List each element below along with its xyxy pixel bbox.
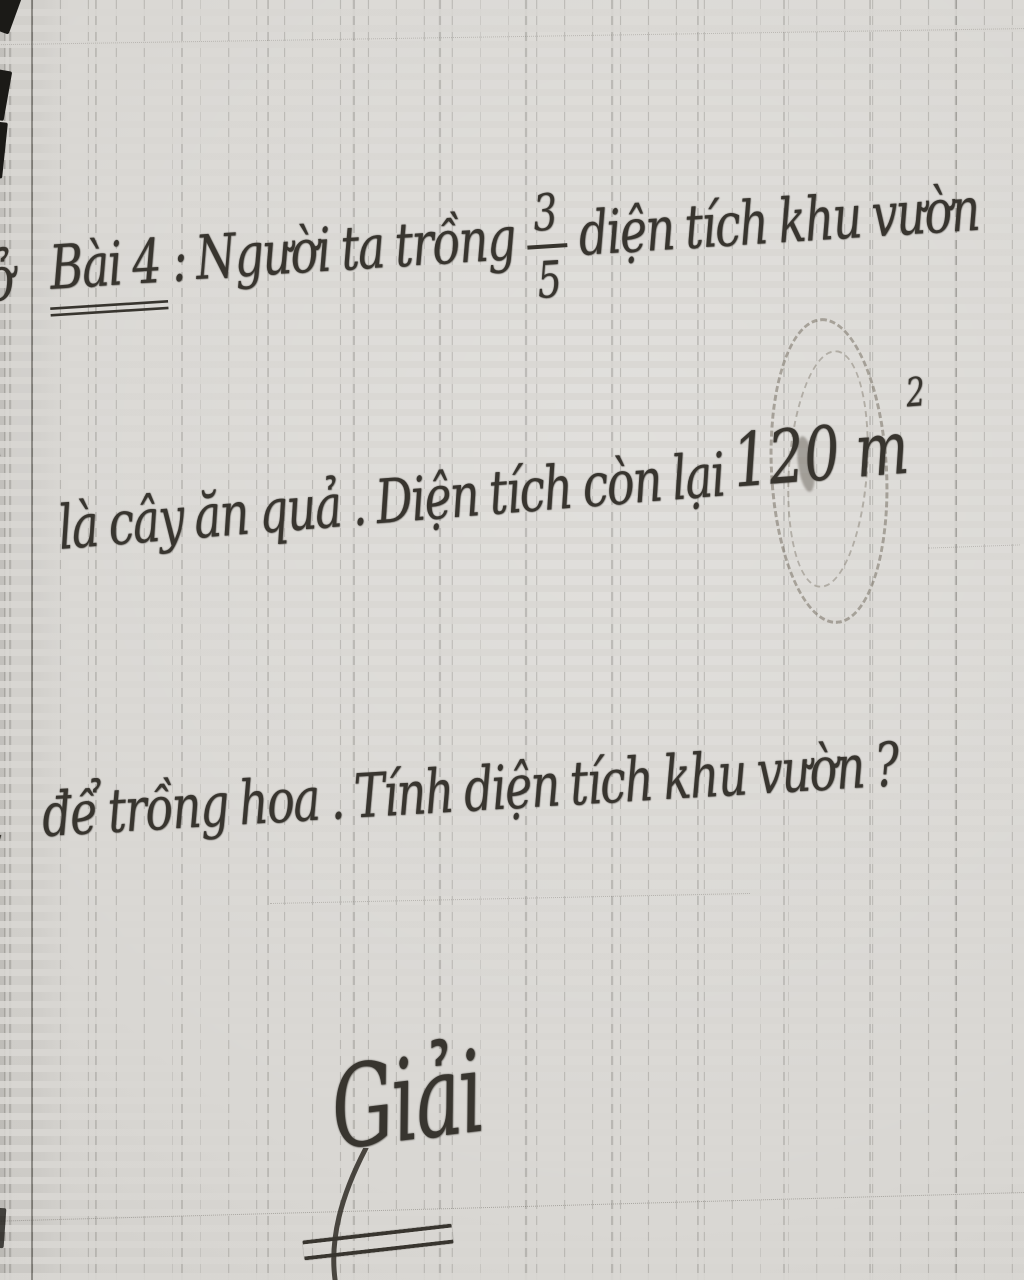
line1-text-after-fraction: diện tích khu vườn [576,173,980,269]
margin-rule-line [31,0,33,1280]
notebook-page: iở ề , Bài 4:Người ta trồng35diện tích k… [0,0,1024,1280]
fraction-three-fifths: 35 [524,186,571,306]
ruled-line-middle [270,893,750,904]
problem-line-1: Bài 4:Người ta trồng35diện tích khu vườn [44,155,982,331]
ruled-line-bottom [0,1191,1024,1222]
solution-heading: Giải [324,1028,489,1176]
fraction-numerator: 3 [524,186,568,245]
margin-fragment-line2: ề [0,443,5,515]
scan-edge-artifact [0,1208,6,1249]
scan-edge-artifact [0,0,22,35]
scan-edge-artifact [0,121,8,178]
area-exponent: 2 [904,370,927,418]
area-value: 120 m2 [730,404,931,505]
margin-fragment-line1: iở [0,242,17,318]
fraction-denominator: 5 [527,243,571,306]
line2-text: là cây ăn quả . Diện tích còn lại [55,439,726,564]
scan-edge-artifact [0,69,12,121]
ruled-line-right [928,544,1020,548]
exercise-colon: : [170,223,188,295]
problem-line-3: để trồng hoa . Tính diện tích khu vườn ? [40,729,900,851]
margin-fragment-line3: , [0,800,5,852]
exercise-label: Bài 4 [45,224,168,316]
area-number: 120 m [730,405,912,505]
ruled-line-top [0,28,1024,46]
line1-text-before-fraction: Người ta trồng [193,202,516,293]
